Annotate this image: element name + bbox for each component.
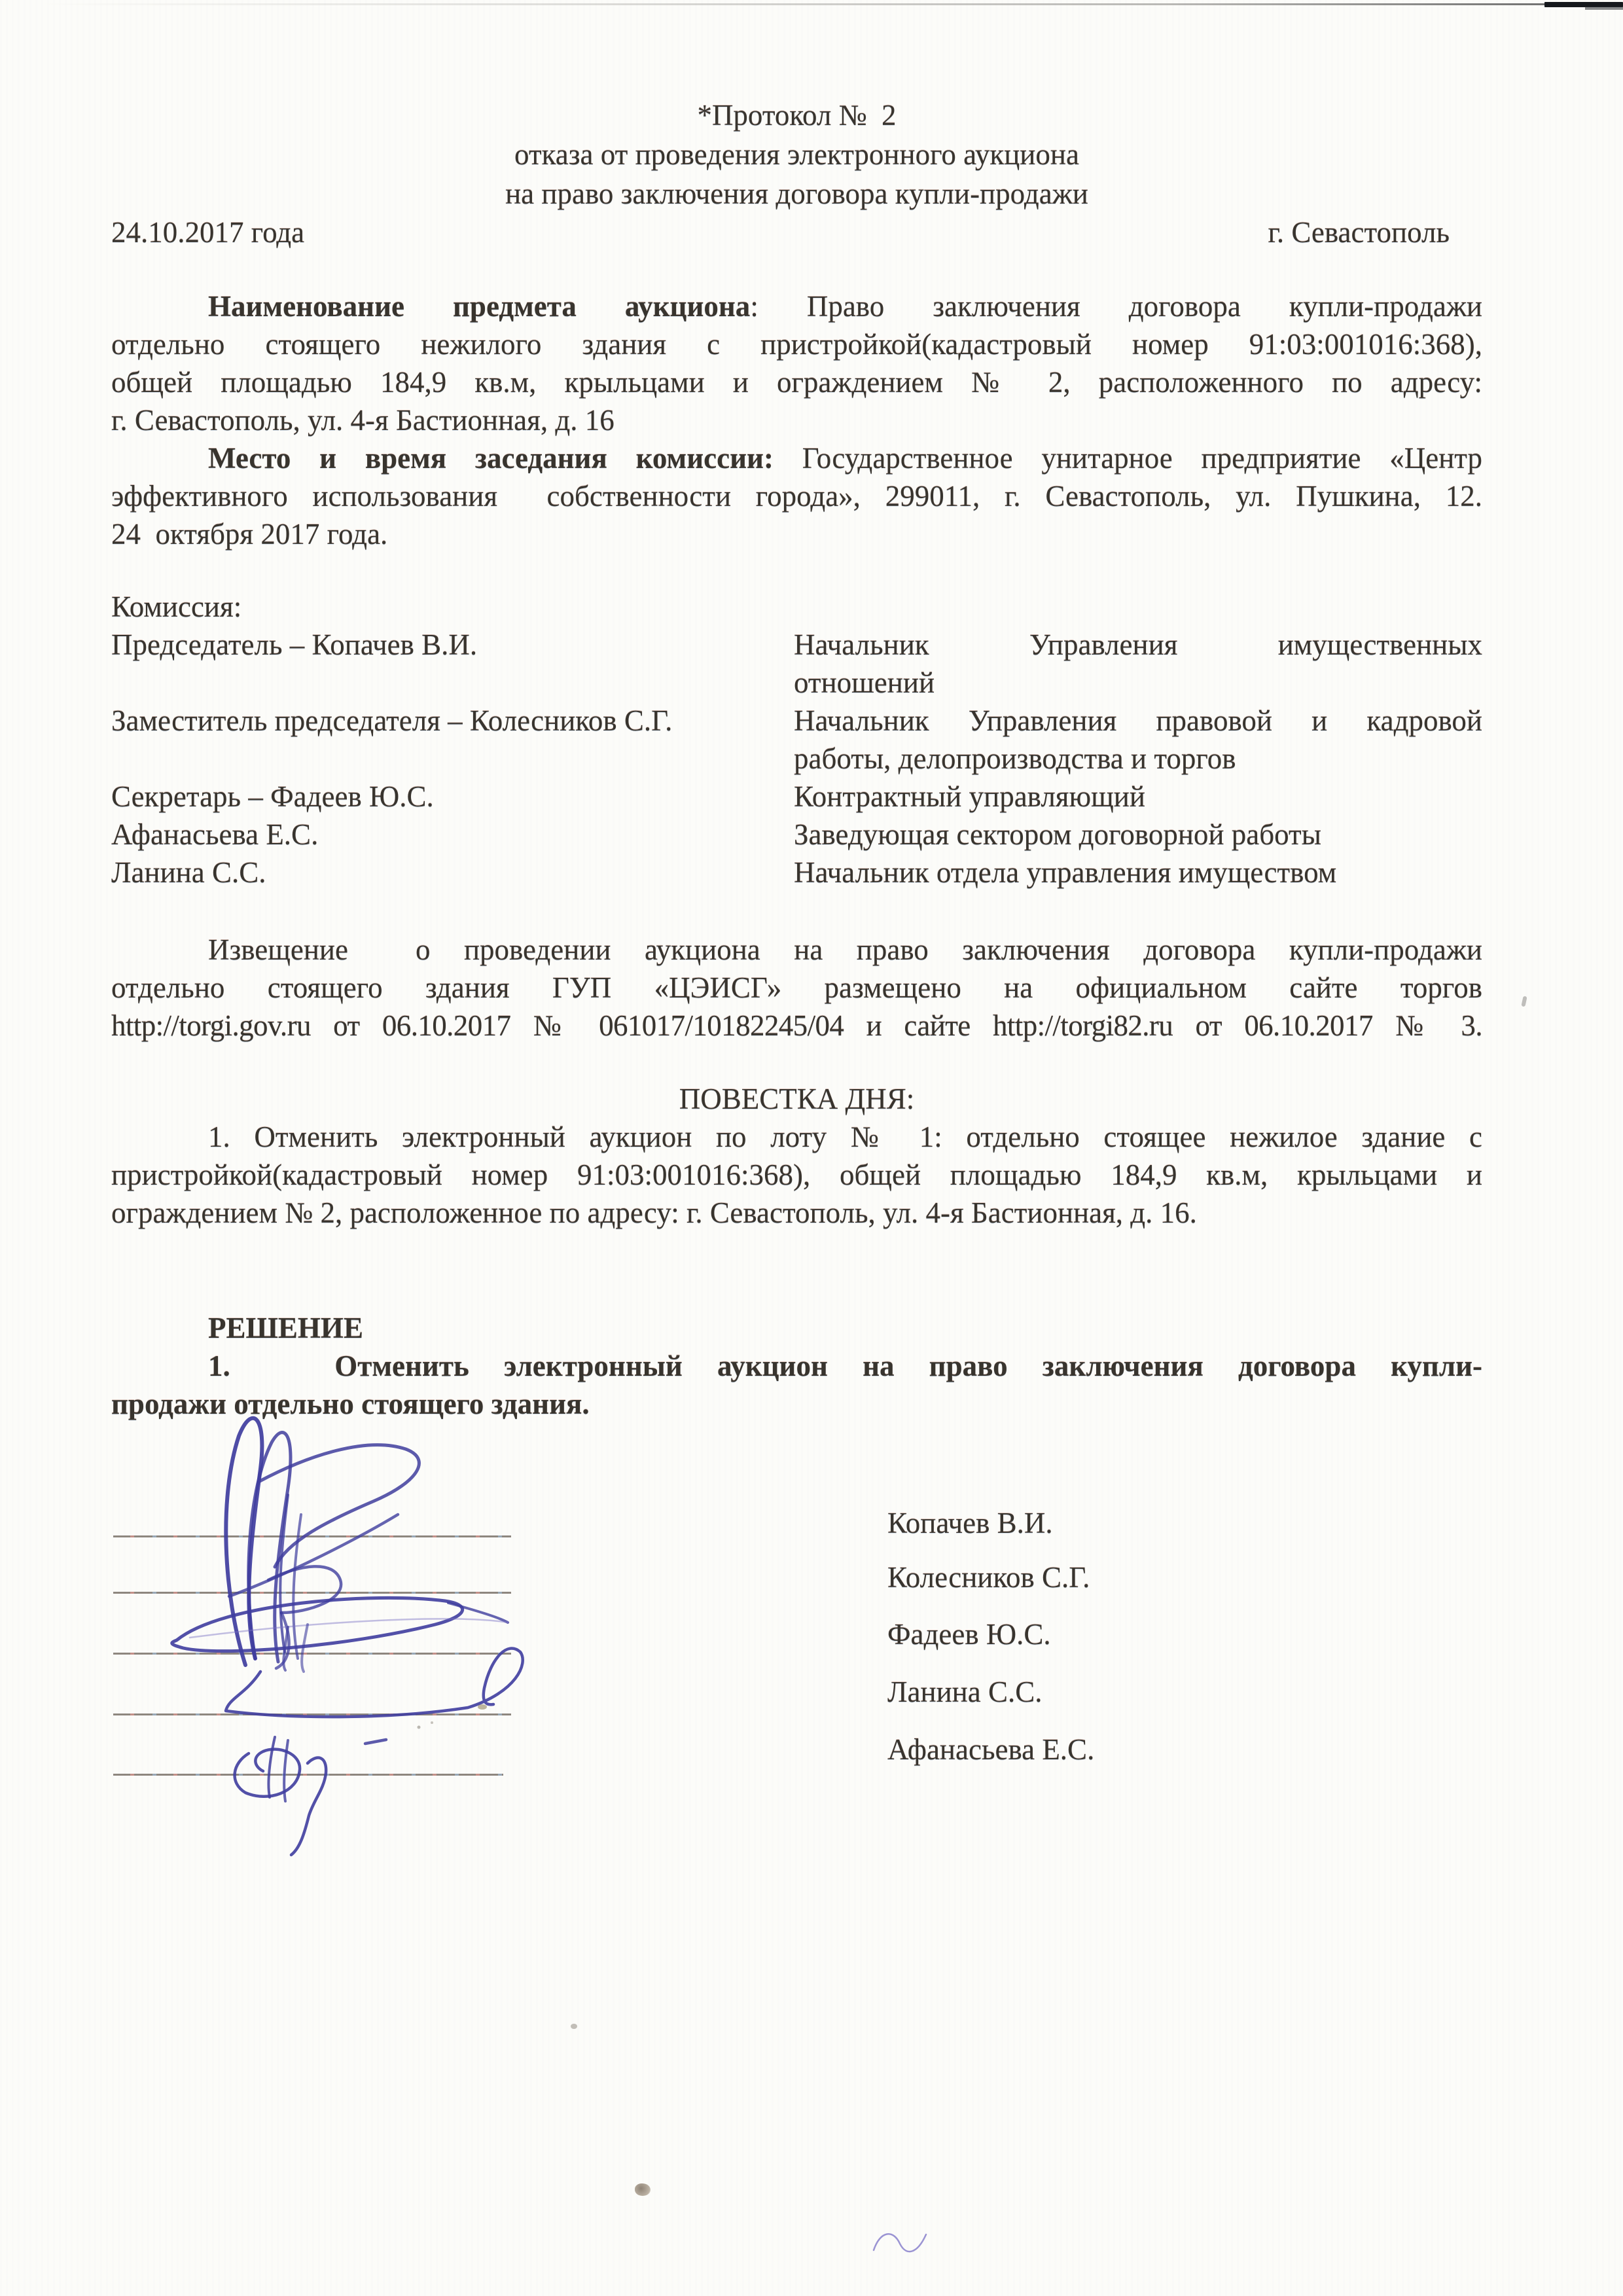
member-name: Афанасьева Е.С. — [111, 816, 794, 853]
document-body: *Протокол № 2 отказа от проведения элект… — [0, 0, 1623, 2012]
member-position-line: работы, делопроизводства и торгов — [794, 740, 1482, 778]
member-position: Начальник Управления правовой и кадровой… — [794, 702, 1482, 778]
document-city: г. Севастополь — [1268, 213, 1450, 251]
notice-line-1: Извещение о проведении аукциона на право… — [111, 931, 1482, 969]
scan-pen-squiggle — [870, 2224, 933, 2263]
member-position: Начальник Управления имущественных отнош… — [794, 626, 1482, 702]
member-name: Заместитель председателя – Колесников С.… — [111, 702, 794, 740]
date-city-row: 24.10.2017 года г. Севастополь — [111, 213, 1482, 251]
document-title-line1: *Протокол № 2 — [111, 96, 1482, 135]
venue-line-1: Место и время заседания комиссии: Госуда… — [111, 439, 1482, 477]
venue-label: Место и время заседания комиссии: — [208, 442, 774, 475]
signatory-name: Афанасьева Е.С. — [887, 1731, 1094, 1768]
document-date: 24.10.2017 года — [111, 213, 304, 251]
venue-line-2: эффективного использования собственности… — [111, 477, 1482, 515]
signatory-name: Ланина С.С. — [887, 1673, 1043, 1711]
signature-line — [113, 1713, 511, 1715]
signature-line — [113, 1592, 511, 1594]
agenda-item: 1. Отменить электронный аукцион по лоту … — [111, 1118, 1482, 1232]
commission-row-deputy: Заместитель председателя – Колесников С.… — [111, 702, 1482, 778]
subject-paragraph: Наименование предмета аукциона: Право за… — [111, 287, 1482, 439]
member-position-line: Контрактный управляющий — [794, 778, 1482, 816]
notice-line-3: http://torgi.gov.ru от 06.10.2017 № 0610… — [111, 1007, 1482, 1045]
commission-row-secretary: Секретарь – Фадеев Ю.С. Контрактный упра… — [111, 778, 1482, 816]
agenda-line-1: 1. Отменить электронный аукцион по лоту … — [111, 1118, 1482, 1156]
scan-speck — [635, 2183, 651, 2196]
signatory-name: Колесников С.Г. — [887, 1558, 1090, 1596]
signatory-name: Копачев В.И. — [887, 1504, 1053, 1542]
subject-line-1: Наименование предмета аукциона: Право за… — [111, 287, 1482, 325]
signature-line — [113, 1774, 503, 1776]
agenda-heading: ПОВЕСТКА ДНЯ: — [111, 1080, 1482, 1118]
document-title-line3: на право заключения договора купли-прода… — [111, 174, 1482, 213]
document-title-line2: отказа от проведения электронного аукцио… — [111, 135, 1482, 174]
member-position-line: отношений — [794, 664, 1482, 702]
decision-line-2: продажи отдельно стоящего здания. — [111, 1385, 1482, 1423]
notice-line-2: отдельно стоящего здания ГУП «ЦЭИСГ» раз… — [111, 969, 1482, 1007]
commission-row-member-afanasyeva: Афанасьева Е.С. Заведующая сектором дого… — [111, 816, 1482, 853]
decision-section: РЕШЕНИЕ 1. Отменить электронный аукцион … — [111, 1309, 1482, 1423]
decision-heading: РЕШЕНИЕ — [111, 1309, 1482, 1347]
member-name: Секретарь – Фадеев Ю.С. — [111, 778, 794, 816]
venue-paragraph: Место и время заседания комиссии: Госуда… — [111, 439, 1482, 553]
member-position-line: Начальник отдела управления имуществом — [794, 853, 1482, 891]
signature-line — [113, 1535, 511, 1537]
subject-line-4: г. Севастополь, ул. 4-я Бастионная, д. 1… — [111, 401, 1482, 439]
scan-speck — [571, 2024, 577, 2029]
subject-line-3: общей площадью 184,9 кв.м, крыльцами и о… — [111, 363, 1482, 401]
member-position-line: Начальник Управления правовой и кадровой — [794, 702, 1482, 740]
signature-line — [113, 1653, 511, 1655]
signatory-name: Фадеев Ю.С. — [887, 1615, 1051, 1653]
member-position-line: Заведующая сектором договорной работы — [794, 816, 1482, 853]
commission-row-member-lanina: Ланина С.С. Начальник отдела управления … — [111, 853, 1482, 891]
member-name: Ланина С.С. — [111, 853, 794, 891]
member-name: Председатель – Копачев В.И. — [111, 626, 794, 664]
scanned-protocol-page: *Протокол № 2 отказа от проведения элект… — [0, 0, 1623, 2296]
member-position-line: Начальник Управления имущественных — [794, 626, 1482, 664]
venue-line-3: 24 октября 2017 года. — [111, 515, 1482, 553]
handwritten-signatures-ink — [92, 1397, 844, 2012]
agenda-line-2: пристройкой(кадастровый номер 91:03:0010… — [111, 1156, 1482, 1194]
notice-paragraph: Извещение о проведении аукциона на право… — [111, 931, 1482, 1045]
agenda-line-3: ограждением № 2, расположенное по адресу… — [111, 1194, 1482, 1232]
commission-heading: Комиссия: — [111, 588, 1482, 626]
venue-line-1-rest: Государственное унитарное предприятие «Ц… — [774, 442, 1482, 475]
subject-line-2: отдельно стоящего нежилого здания с прис… — [111, 325, 1482, 363]
commission-section: Комиссия: Председатель – Копачев В.И. На… — [111, 588, 1482, 891]
subject-label: Наименование предмета аукциона — [208, 290, 750, 323]
subject-line-1-rest: : Право заключения договора купли-продаж… — [750, 290, 1482, 323]
commission-row-chairman: Председатель – Копачев В.И. Начальник Уп… — [111, 626, 1482, 702]
decision-line-1: 1. Отменить электронный аукцион на право… — [111, 1347, 1482, 1385]
signature-section: Копачев В.И. Колесников С.Г. Фадеев Ю.С.… — [111, 1423, 1482, 2012]
